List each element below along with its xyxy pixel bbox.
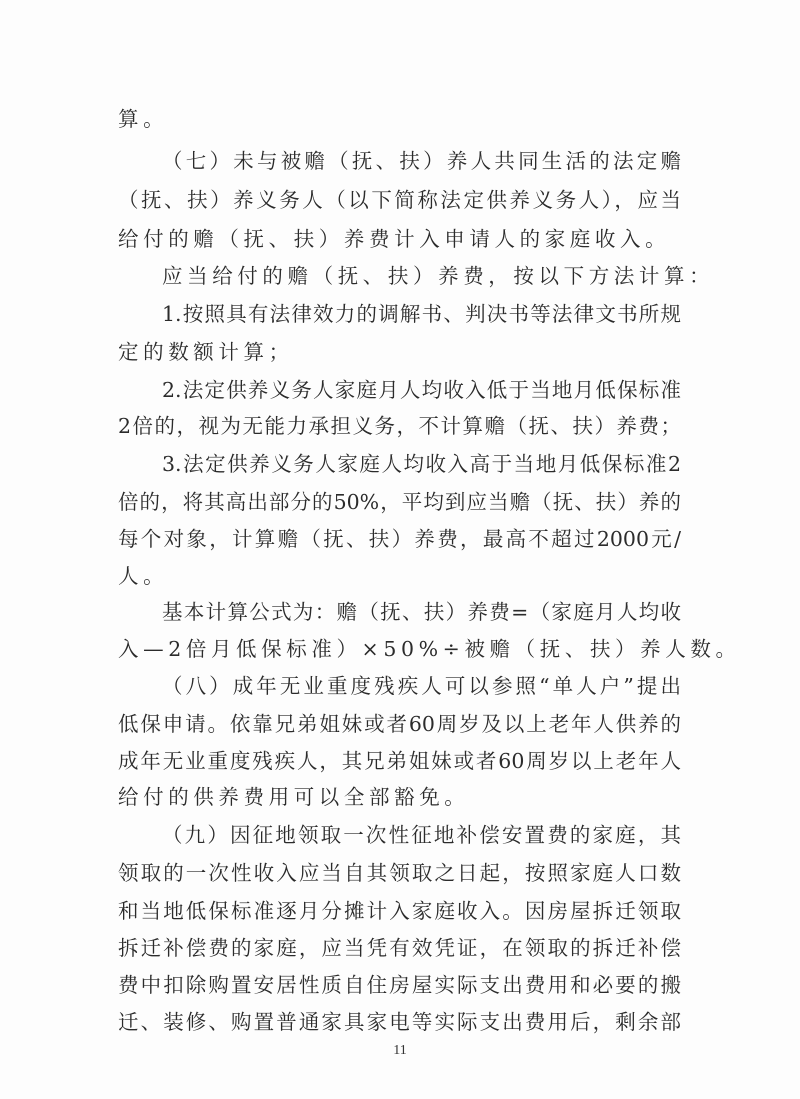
text-line: 人。 [118, 558, 681, 594]
document-page: 算。 （七）未与被赡（抚、扶）养人共同生活的法定赡 （抚、扶）养义务人（以下简称… [0, 0, 800, 1099]
text-line: 拆迁补偿费的家庭，应当凭有效凭证，在领取的拆迁补偿 [118, 930, 681, 966]
text-line: （九）因征地领取一次性征地补偿安置费的家庭，其 [162, 817, 681, 853]
text-line: （抚、扶）养义务人（以下简称法定供养义务人），应当 [118, 182, 681, 218]
text-line: 2倍的，视为无能力承担义务，不计算赡（抚、扶）养费； [118, 408, 681, 444]
text-line: 每个对象，计算赡（抚、扶）养费，最高不超过2000元/ [118, 521, 681, 557]
text-line: 费中扣除购置安居性质自住房屋实际支出费用和必要的搬 [118, 967, 681, 1003]
text-line: （七）未与被赡（抚、扶）养人共同生活的法定赡 [162, 143, 681, 179]
text-line: 给付的赡（抚、扶）养费计入申请人的家庭收入。 [118, 221, 681, 257]
text-line: 迁、装修、购置普通家具家电等实际支出费用后，剩余部 [118, 1004, 681, 1040]
text-line: 算。 [118, 101, 681, 137]
text-line: 入—2倍月低保标准）×50%÷被赡（抚、扶）养人数。 [118, 631, 681, 667]
text-line: 和当地低保标准逐月分摊计入家庭收入。因房屋拆迁领取 [118, 893, 681, 929]
text-line: 倍的，将其高出部分的50%，平均到应当赡（抚、扶）养的 [118, 484, 681, 520]
page-number: 11 [0, 1043, 800, 1059]
text-line: 3.法定供养义务人家庭人均收入高于当地月低保标准2 [162, 446, 681, 482]
text-line: 定的数额计算； [118, 334, 681, 370]
text-line: （八）成年无业重度残疾人可以参照“单人户”提出 [162, 668, 681, 704]
text-line: 2.法定供养义务人家庭月人均收入低于当地月低保标准 [162, 372, 681, 408]
text-line: 低保申请。依靠兄弟姐妹或者60周岁及以上老年人供养的 [118, 706, 681, 742]
text-line: 1.按照具有法律效力的调解书、判决书等法律文书所规 [162, 296, 681, 332]
text-line: 应当给付的赡（抚、扶）养费，按以下方法计算： [162, 258, 681, 294]
text-line: 基本计算公式为：赡（抚、扶）养费=（家庭月人均收 [162, 594, 681, 630]
text-line: 领取的一次性收入应当自其领取之日起，按照家庭人口数 [118, 855, 681, 891]
text-line: 给付的供养费用可以全部豁免。 [118, 779, 681, 815]
text-line: 成年无业重度残疾人，其兄弟姐妹或者60周岁以上老年人 [118, 743, 681, 779]
